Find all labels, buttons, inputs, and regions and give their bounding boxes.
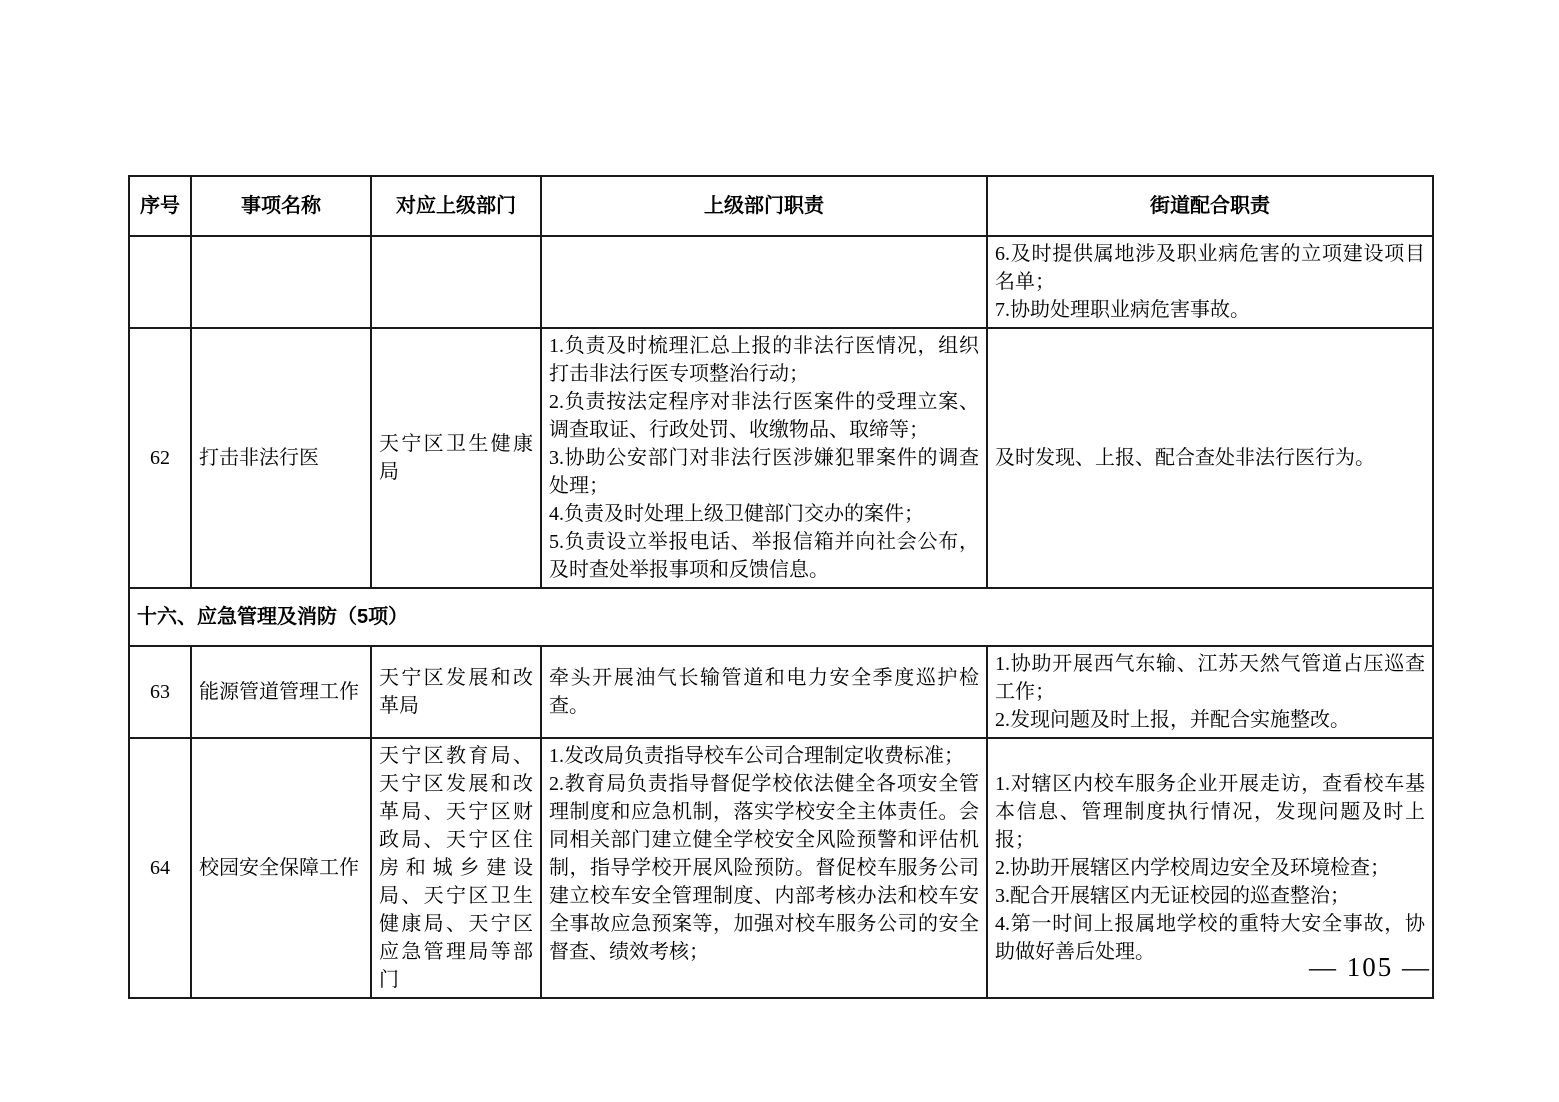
- table-row-62: 62 打击非法行医 天宁区卫生健康局 1.负责及时梳理汇总上报的非法行医情况，组…: [129, 328, 1433, 588]
- table-row-63: 63 能源管道管理工作 天宁区发展和改革局 牵头开展油气长输管道和电力安全季度巡…: [129, 646, 1433, 738]
- cell-department: 天宁区卫生健康局: [371, 328, 541, 588]
- cell-department: 天宁区发展和改革局: [371, 646, 541, 738]
- cell-seq: 63: [129, 646, 191, 738]
- section-title: 十六、应急管理及消防（5项）: [129, 588, 1433, 646]
- header-superior-duty: 上级部门职责: [541, 176, 987, 236]
- cell-department: 天宁区教育局、天宁区发展和改革局、天宁区财政局、天宁区住房和城乡建设局、天宁区卫…: [371, 738, 541, 998]
- cell-item-name: [191, 236, 371, 328]
- cell-item-name: 打击非法行医: [191, 328, 371, 588]
- cell-department: [371, 236, 541, 328]
- section-header-row: 十六、应急管理及消防（5项）: [129, 588, 1433, 646]
- page-number: — 105 —: [1290, 952, 1450, 983]
- cell-item-name: 校园安全保障工作: [191, 738, 371, 998]
- header-item-name: 事项名称: [191, 176, 371, 236]
- cell-street-duty: 6.及时提供属地涉及职业病危害的立项建设项目名单； 7.协助处理职业病危害事故。: [987, 236, 1433, 328]
- cell-seq: [129, 236, 191, 328]
- table-row-continuation: 6.及时提供属地涉及职业病危害的立项建设项目名单； 7.协助处理职业病危害事故。: [129, 236, 1433, 328]
- cell-street-duty: 及时发现、上报、配合查处非法行医行为。: [987, 328, 1433, 588]
- cell-superior-duty: 1.发改局负责指导校车公司合理制定收费标准； 2.教育局负责指导督促学校依法健全…: [541, 738, 987, 998]
- cell-superior-duty: 牵头开展油气长输管道和电力安全季度巡护检查。: [541, 646, 987, 738]
- header-department: 对应上级部门: [371, 176, 541, 236]
- cell-street-duty: 1.协助开展西气东输、江苏天然气管道占压巡查工作； 2.发现问题及时上报，并配合…: [987, 646, 1433, 738]
- duty-table: 序号 事项名称 对应上级部门 上级部门职责 街道配合职责 6.及时提供属地涉及职…: [128, 175, 1434, 999]
- cell-item-name: 能源管道管理工作: [191, 646, 371, 738]
- cell-seq: 62: [129, 328, 191, 588]
- header-seq: 序号: [129, 176, 191, 236]
- document-page: 序号 事项名称 对应上级部门 上级部门职责 街道配合职责 6.及时提供属地涉及职…: [0, 0, 1559, 1102]
- cell-superior-duty: [541, 236, 987, 328]
- cell-superior-duty: 1.负责及时梳理汇总上报的非法行医情况，组织打击非法行医专项整治行动； 2.负责…: [541, 328, 987, 588]
- table-row-64: 64 校园安全保障工作 天宁区教育局、天宁区发展和改革局、天宁区财政局、天宁区住…: [129, 738, 1433, 998]
- cell-seq: 64: [129, 738, 191, 998]
- header-street-duty: 街道配合职责: [987, 176, 1433, 236]
- table-header-row: 序号 事项名称 对应上级部门 上级部门职责 街道配合职责: [129, 176, 1433, 236]
